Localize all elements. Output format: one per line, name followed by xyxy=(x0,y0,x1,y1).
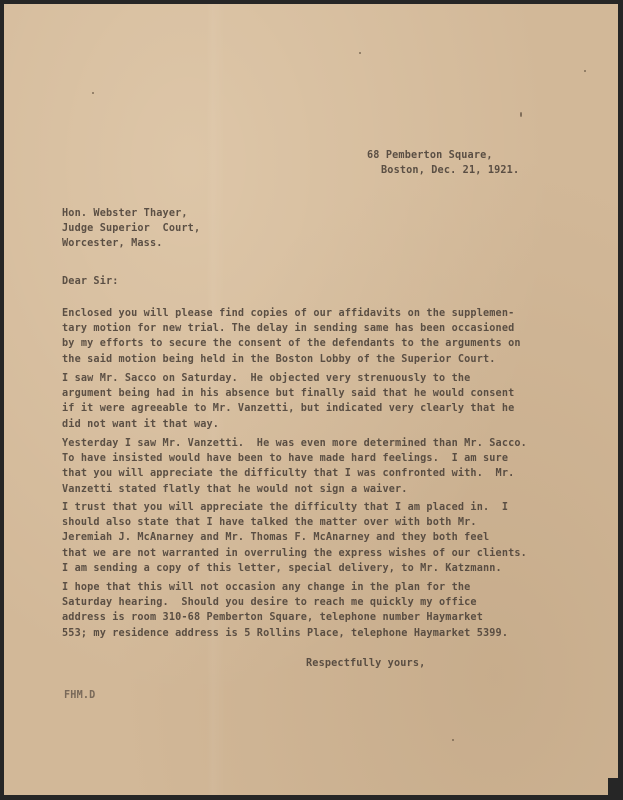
paper-speck xyxy=(584,70,586,72)
paragraph-line: I trust that you will appreciate the dif… xyxy=(62,502,508,513)
paragraph-line: Vanzetti stated flatly that he would not… xyxy=(62,484,408,495)
paper-speck xyxy=(359,52,361,54)
paragraph-line: To have insisted would have been to have… xyxy=(62,453,508,464)
paragraph-line: I saw Mr. Sacco on Saturday. He objected… xyxy=(62,373,470,384)
return-address: 68 Pemberton Square, Boston, Dec. 21, 19… xyxy=(367,148,519,178)
closing: Respectfully yours, xyxy=(306,656,425,671)
paper-speck xyxy=(452,739,454,741)
paragraph-line: I hope that this will not occasion any c… xyxy=(62,582,470,593)
paragraph-katzmann: I am sending a copy of this letter, spec… xyxy=(62,561,502,576)
paragraph-line: by my efforts to secure the consent of t… xyxy=(62,338,521,349)
paper-speck xyxy=(520,112,522,117)
paragraph-line: Saturday hearing. Should you desire to r… xyxy=(62,597,477,608)
recipient-title: Judge Superior Court, xyxy=(62,223,200,234)
paragraph-line: the said motion being held in the Boston… xyxy=(62,354,496,365)
dateline: Boston, Dec. 21, 1921. xyxy=(367,165,519,176)
paragraph-line: that we are not warranted in overruling … xyxy=(62,548,527,559)
paragraph-line: did not want it that way. xyxy=(62,419,219,430)
paragraph-sacco: I saw Mr. Sacco on Saturday. He objected… xyxy=(62,371,514,432)
paragraph-line: should also state that I have talked the… xyxy=(62,517,477,528)
letter-page: 68 Pemberton Square, Boston, Dec. 21, 19… xyxy=(4,4,618,795)
inside-address: Hon. Webster Thayer, Judge Superior Cour… xyxy=(62,206,200,252)
paragraph-line: argument being had in his absence but fi… xyxy=(62,388,514,399)
paragraph-line: 553; my residence address is 5 Rollins P… xyxy=(62,628,508,639)
paragraph-mcanarney: I trust that you will appreciate the dif… xyxy=(62,500,527,561)
paragraph-contact: I hope that this will not occasion any c… xyxy=(62,580,508,641)
paragraph-line: Yesterday I saw Mr. Vanzetti. He was eve… xyxy=(62,438,527,449)
recipient-name: Hon. Webster Thayer, xyxy=(62,208,188,219)
salutation: Dear Sir: xyxy=(62,274,119,289)
paper-speck xyxy=(92,92,94,94)
recipient-location: Worcester, Mass. xyxy=(62,238,163,249)
paragraph-vanzetti: Yesterday I saw Mr. Vanzetti. He was eve… xyxy=(62,436,527,497)
torn-corner xyxy=(608,778,618,796)
typist-initials: FHM.D xyxy=(64,688,95,703)
paragraph-line: Enclosed you will please find copies of … xyxy=(62,308,514,319)
paragraph-line: that you will appreciate the difficulty … xyxy=(62,468,514,479)
paragraph-affidavits: Enclosed you will please find copies of … xyxy=(62,306,521,367)
paragraph-line: tary motion for new trial. The delay in … xyxy=(62,323,514,334)
paragraph-line: I am sending a copy of this letter, spec… xyxy=(62,563,502,574)
return-address-line: 68 Pemberton Square, xyxy=(367,150,493,161)
paragraph-line: Jeremiah J. McAnarney and Mr. Thomas F. … xyxy=(62,532,489,543)
paragraph-line: address is room 310-68 Pemberton Square,… xyxy=(62,612,483,623)
paragraph-line: if it were agreeable to Mr. Vanzetti, bu… xyxy=(62,403,514,414)
